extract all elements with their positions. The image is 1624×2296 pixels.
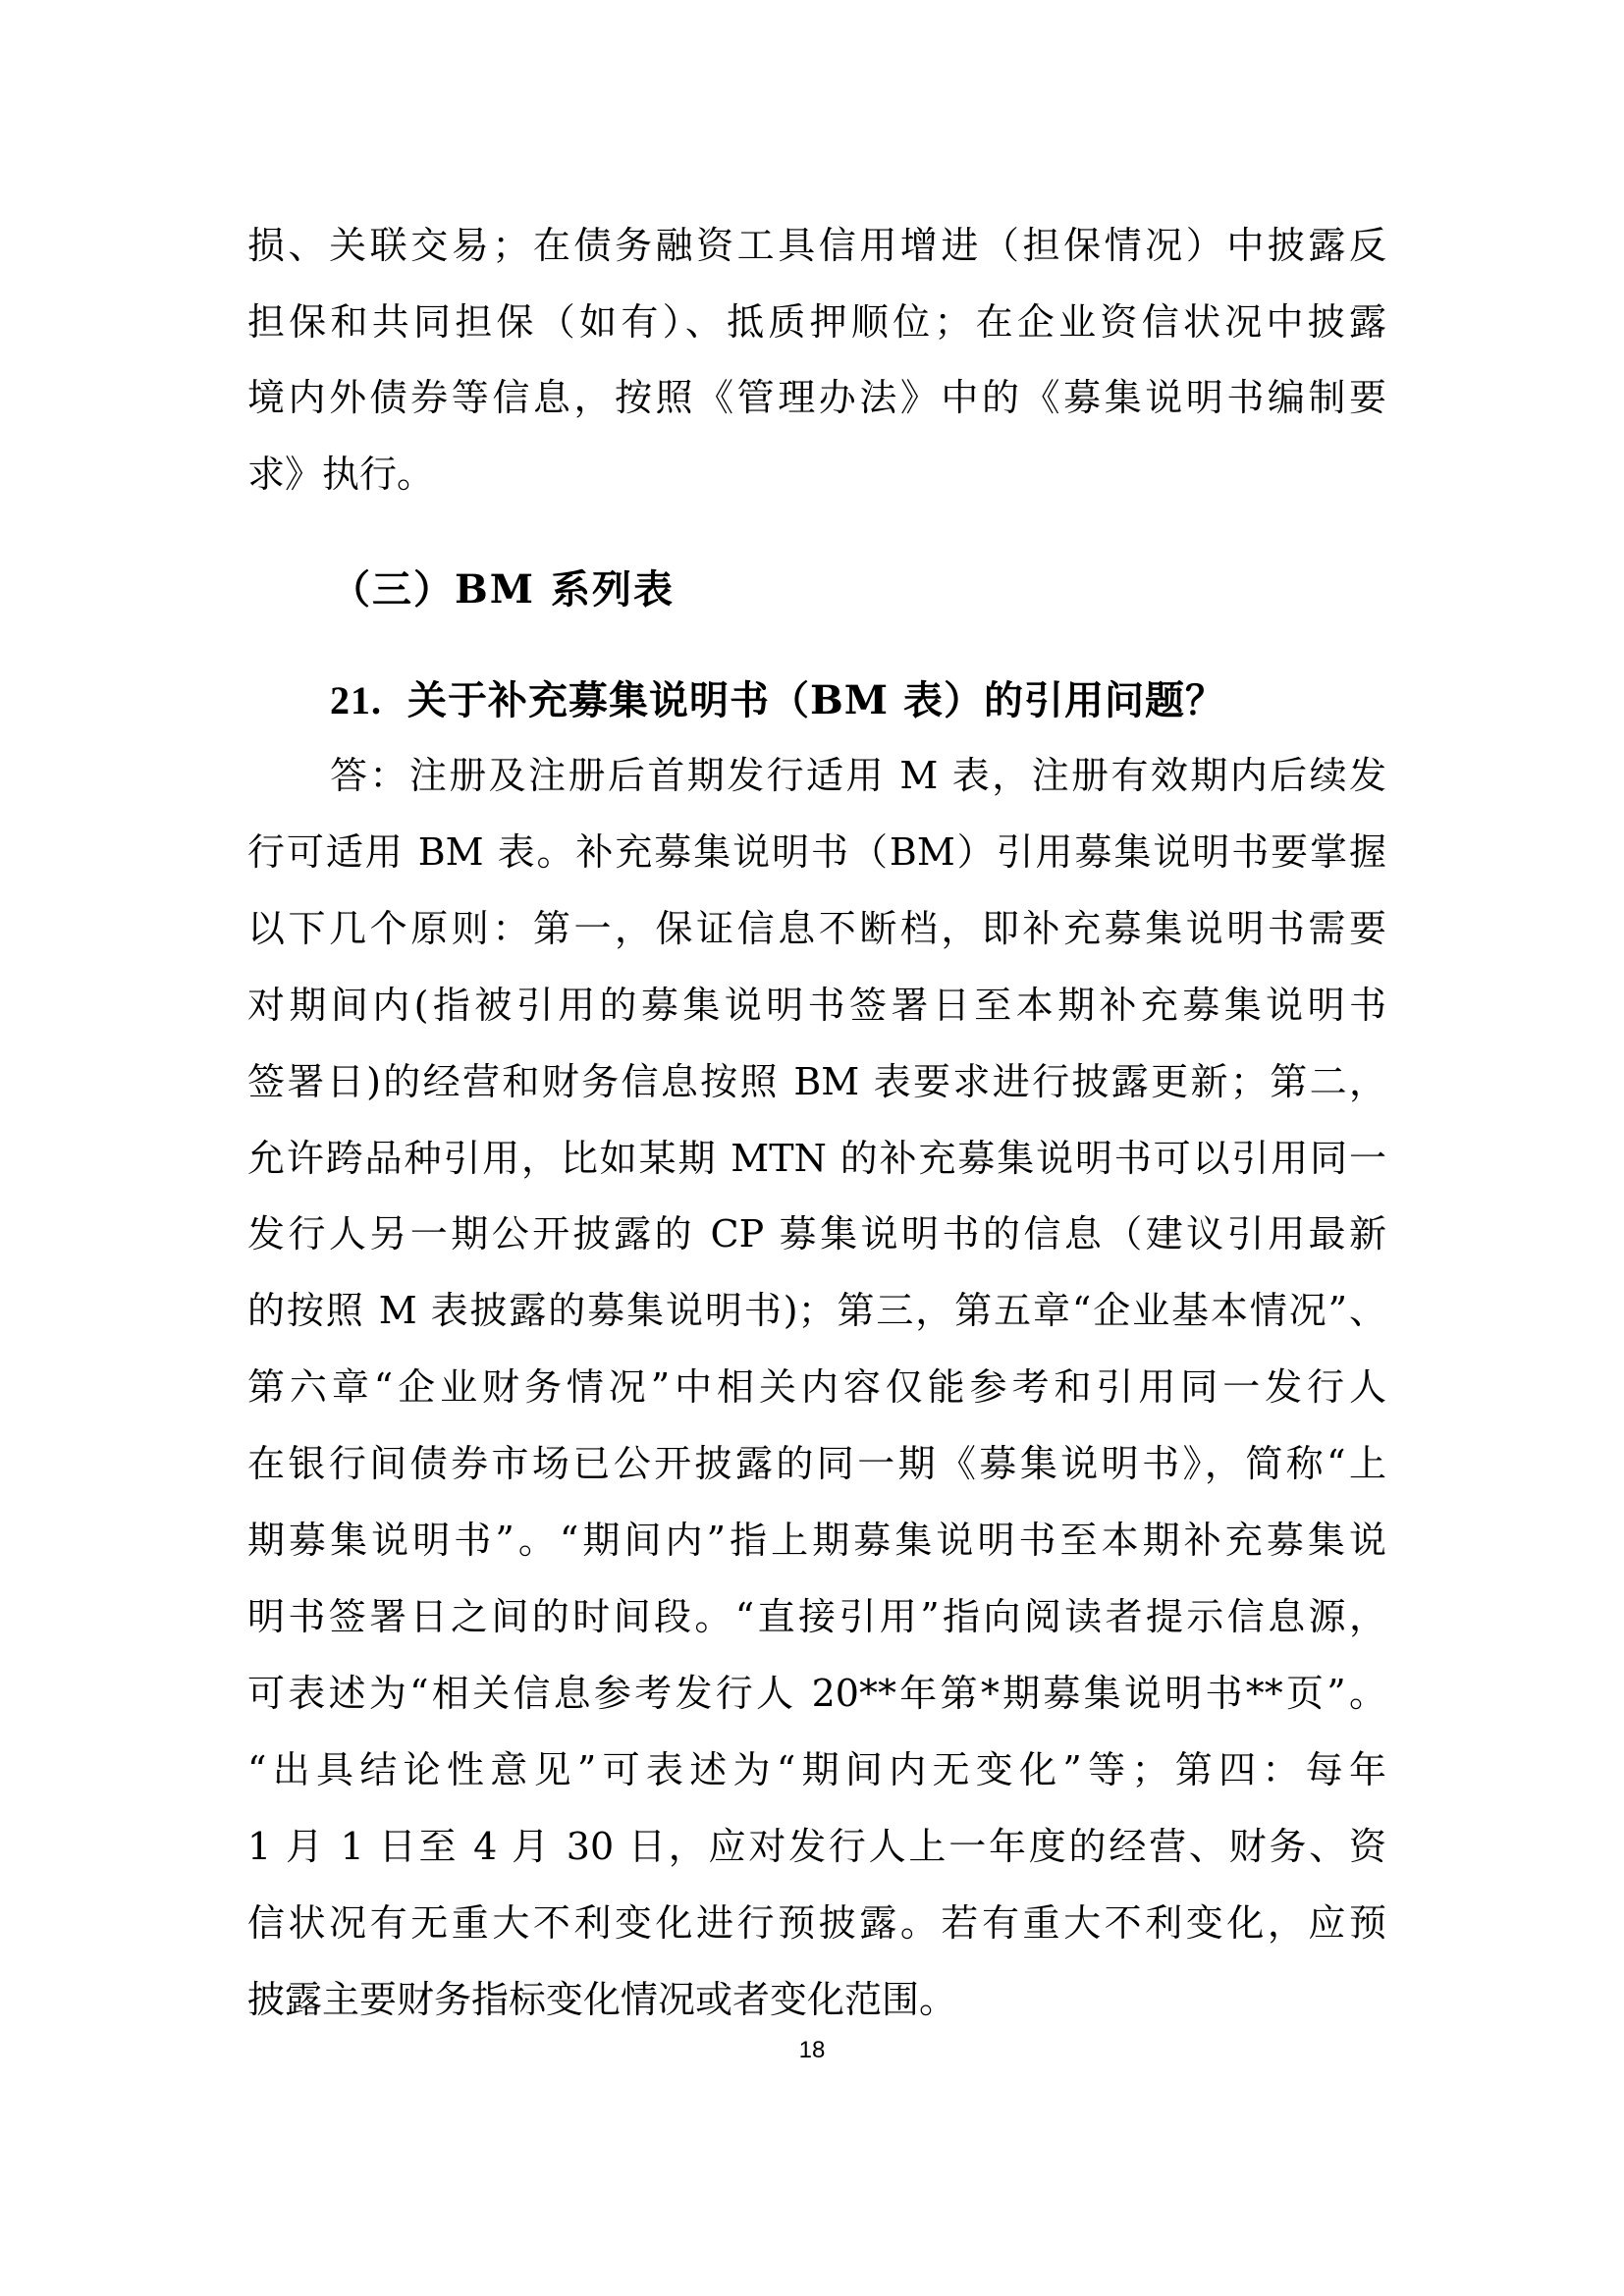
paragraph-line: 担保和共同担保（如有）、抵质押顺位；在企业资信状况中披露 xyxy=(247,297,1386,347)
answer-line: 答：注册及注册后首期发行适用 M 表，注册有效期内后续发 xyxy=(330,751,1386,800)
document-page: 损、关联交易；在债务融资工具信用增进（担保情况）中披露反 担保和共同担保（如有）… xyxy=(0,0,1624,2296)
question-text: 关于补充募集说明书（BM 表）的引用问题？ xyxy=(407,677,1225,723)
question-number: 21. xyxy=(330,678,382,722)
answer-line: 信状况有无重大不利变化进行预披露。若有重大不利变化，应预 xyxy=(247,1898,1386,1948)
answer-line: 披露主要财务指标变化情况或者变化范围。 xyxy=(247,1975,1386,2024)
answer-line: 期募集说明书”。“期间内”指上期募集说明书至本期补充募集说 xyxy=(247,1516,1386,1565)
answer-line: 签署日)的经营和财务信息按照 BM 表要求进行披露更新；第二， xyxy=(247,1057,1386,1106)
page-number: 18 xyxy=(0,2036,1624,2065)
question-heading: 21.关于补充募集说明书（BM 表）的引用问题？ xyxy=(330,673,1225,728)
paragraph-line: 境内外债券等信息，按照《管理办法》中的《募集说明书编制要 xyxy=(247,373,1386,422)
answer-line: 可表述为“相关信息参考发行人 20**年第*期募集说明书**页”。 xyxy=(247,1669,1386,1718)
answer-line: 以下几个原则：第一，保证信息不断档，即补充募集说明书需要 xyxy=(247,904,1386,953)
answer-line: 在银行间债券市场已公开披露的同一期《募集说明书》，简称“上 xyxy=(247,1439,1386,1488)
section-heading: （三）BM 系列表 xyxy=(331,562,675,617)
answer-line: 1 月 1 日至 4 月 30 日，应对发行人上一年度的经营、财务、资 xyxy=(247,1822,1386,1871)
answer-line: “出具结论性意见”可表述为“期间内无变化”等；第四：每年 xyxy=(247,1745,1386,1794)
answer-line: 的按照 M 表披露的募集说明书)；第三，第五章“企业基本情况”、 xyxy=(247,1286,1386,1335)
answer-line: 行可适用 BM 表。补充募集说明书（BM）引用募集说明书要掌握 xyxy=(247,828,1386,877)
answer-line: 第六章“企业财务情况”中相关内容仅能参考和引用同一发行人 xyxy=(247,1362,1386,1412)
answer-line: 对期间内(指被引用的募集说明书签署日至本期补充募集说明书 xyxy=(247,981,1386,1030)
paragraph-line: 损、关联交易；在债务融资工具信用增进（担保情况）中披露反 xyxy=(247,221,1386,270)
paragraph-line: 求》执行。 xyxy=(247,450,1386,499)
answer-line: 发行人另一期公开披露的 CP 募集说明书的信息（建议引用最新 xyxy=(247,1209,1386,1258)
answer-line: 允许跨品种引用，比如某期 MTN 的补充募集说明书可以引用同一 xyxy=(247,1134,1386,1183)
answer-line: 明书签署日之间的时间段。“直接引用”指向阅读者提示信息源， xyxy=(247,1592,1386,1641)
